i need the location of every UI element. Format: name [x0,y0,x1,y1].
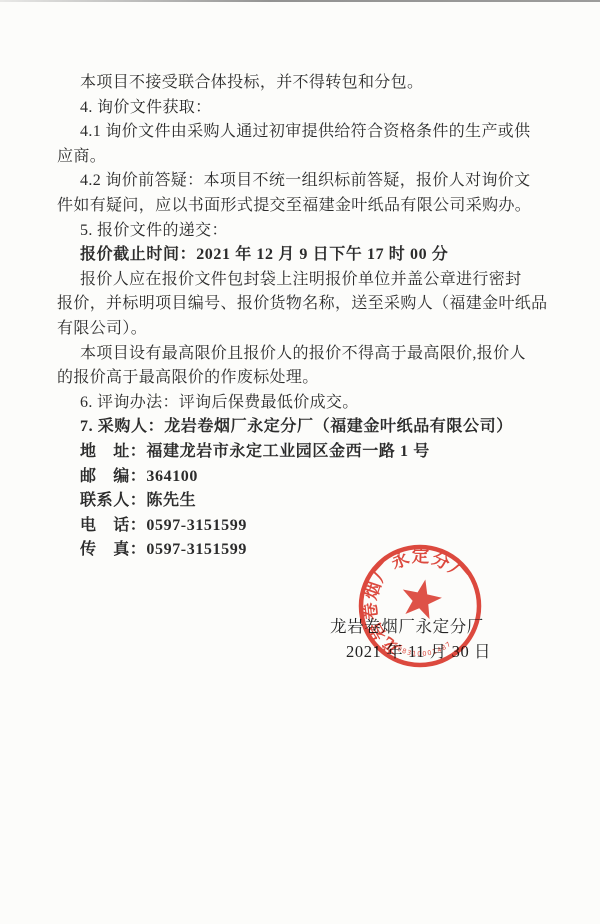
document-body: 本项目不接受联合体投标，并不得转包和分包。 4. 询价文件获取： 4.1 询价文… [57,71,549,563]
official-seal: 龙岩卷烟厂永定分厂 3608310001487 [354,540,486,672]
document-line: 5. 报价文件的递交： [57,219,549,244]
document-line-text: 报价，并标明项目编号、报价货物名称，送至采购人（福建金叶纸品 [57,295,548,312]
document-line: 4.1 询价文件由采购人通过初审提供给符合资格条件的生产或供 [57,120,549,145]
document-line-text: 4. 询价文件获取： [80,99,212,116]
document-line-text: 报价人应在报价文件包封袋上注明报价单位并盖公章进行密封 [80,271,521,288]
document-line: 报价截止时间：2021 年 12 月 9 日下午 17 时 00 分 [57,243,549,268]
seal-star-icon [398,575,445,620]
document-line: 报价人应在报价文件包封袋上注明报价单位并盖公章进行密封 [57,268,549,293]
document-line-text: 4.1 询价文件由采购人通过初审提供给符合资格条件的生产或供 [80,123,531,140]
document-line-text: 5. 报价文件的递交： [80,222,228,239]
document-line-text: 的报价高于最高限价的作废标处理。 [57,369,319,386]
document-line-text: 4.2 询价前答疑：本项目不统一组织标前答疑，报价人对询价文 [80,172,531,189]
document-line: 7. 采购人：龙岩卷烟厂永定分厂（福建金叶纸品有限公司） [57,415,549,440]
document-line-text: 电 话：0597-3151599 [80,517,247,534]
document-line-text: 地 址：福建龙岩市永定工业园区金西一路 1 号 [80,443,430,460]
document-line: 联系人：陈先生 [57,489,549,514]
document-line-text: 邮 编：364100 [80,468,198,485]
document-line: 4. 询价文件获取： [57,96,549,121]
document-line: 6. 评询办法：评询后保费最低价成交。 [57,391,549,416]
document-page: 本项目不接受联合体投标，并不得转包和分包。 4. 询价文件获取： 4.1 询价文… [0,0,600,924]
document-line: 件如有疑问，应以书面形式提交至福建金叶纸品有限公司采购办。 [57,194,549,219]
document-line-text: 件如有疑问，应以书面形式提交至福建金叶纸品有限公司采购办。 [57,197,531,214]
document-line-text: 有限公司）。 [57,320,147,337]
document-line: 地 址：福建龙岩市永定工业园区金西一路 1 号 [57,440,549,465]
document-line: 应商。 [57,145,549,170]
document-line-text: 本项目不接受联合体投标，并不得转包和分包。 [80,74,423,91]
document-line-text: 应商。 [57,148,106,165]
document-line: 邮 编：364100 [57,465,549,490]
document-line: 本项目设有最高限价且报价人的报价不得高于最高限价,报价人 [57,342,549,367]
document-line: 4.2 询价前答疑：本项目不统一组织标前答疑，报价人对询价文 [57,169,549,194]
document-line-text: 联系人：陈先生 [80,492,196,509]
document-line-text: 本项目设有最高限价且报价人的报价不得高于最高限价,报价人 [80,345,526,362]
document-line-text: 6. 评询办法：评询后保费最低价成交。 [80,394,359,411]
document-line: 的报价高于最高限价的作废标处理。 [57,366,549,391]
document-line-text: 报价截止时间：2021 年 12 月 9 日下午 17 时 00 分 [80,246,448,263]
document-line: 本项目不接受联合体投标，并不得转包和分包。 [57,71,549,96]
document-line: 有限公司）。 [57,317,549,342]
document-line-text: 7. 采购人：龙岩卷烟厂永定分厂（福建金叶纸品有限公司） [80,418,513,435]
document-line-text: 传 真：0597-3151599 [80,541,247,558]
scan-artifact-top-edge [0,0,600,2]
document-line: 电 话：0597-3151599 [57,514,549,539]
document-line: 报价，并标明项目编号、报价货物名称，送至采购人（福建金叶纸品 [57,292,549,317]
